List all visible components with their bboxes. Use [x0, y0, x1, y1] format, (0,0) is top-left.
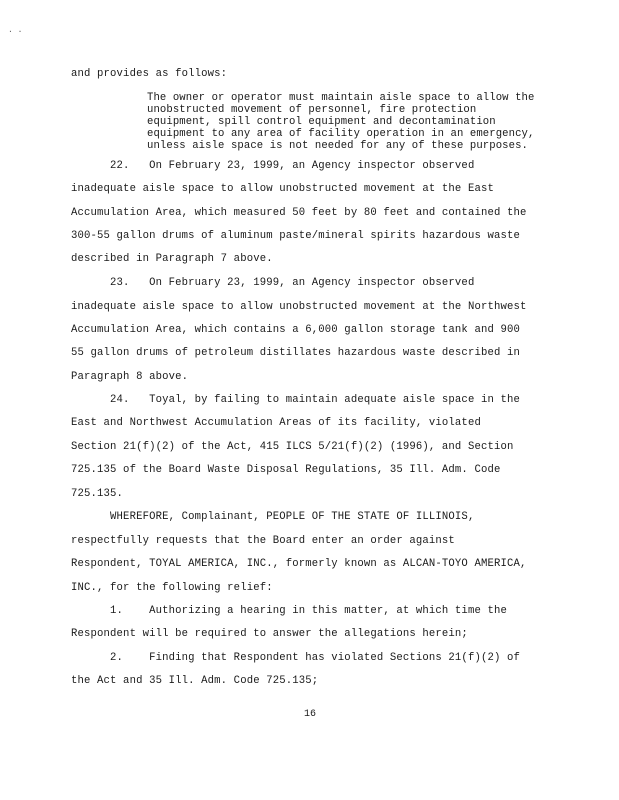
relief-item-1-line: Respondent will be required to answer th…: [71, 628, 468, 640]
paragraph-24-line: 24. Toyal, by failing to maintain adequa…: [71, 394, 520, 406]
paragraph-24-line: 725.135 of the Board Waste Disposal Regu…: [71, 464, 500, 476]
paragraph-23-line: 23. On February 23, 1999, an Agency insp…: [71, 277, 474, 289]
block-quote-line: unobstructed movement of personnel, fire…: [147, 104, 476, 117]
paragraph-23-line: Accumulation Area, which contains a 6,00…: [71, 324, 520, 336]
paragraph-22-line: 22. On February 23, 1999, an Agency insp…: [71, 160, 474, 172]
paragraph-24-line: 725.135.: [71, 488, 123, 500]
intro-line: and provides as follows:: [71, 68, 227, 80]
relief-item-2-line: the Act and 35 Ill. Adm. Code 725.135;: [71, 675, 318, 687]
scan-marks: . .: [8, 26, 22, 35]
paragraph-24-line: Section 21(f)(2) of the Act, 415 ILCS 5/…: [71, 441, 514, 453]
wherefore-line: WHEREFORE, Complainant, PEOPLE OF THE ST…: [71, 511, 474, 523]
document-page: . . and provides as follows: The owner o…: [0, 0, 619, 800]
paragraph-22-line: 300-55 gallon drums of aluminum paste/mi…: [71, 230, 520, 242]
block-quote-line: equipment to any area of facility operat…: [147, 128, 534, 141]
paragraph-24-line: East and Northwest Accumulation Areas of…: [71, 417, 481, 429]
block-quote-line: equipment, spill control equipment and d…: [147, 116, 496, 129]
block-quote-line: The owner or operator must maintain aisl…: [147, 92, 534, 105]
paragraph-22-line: inadequate aisle space to allow unobstru…: [71, 183, 494, 195]
page-number: 16: [304, 709, 316, 720]
wherefore-line: respectfully requests that the Board ent…: [71, 535, 455, 547]
relief-item-2-line: 2. Finding that Respondent has violated …: [71, 652, 520, 664]
paragraph-22-line: Accumulation Area, which measured 50 fee…: [71, 207, 527, 219]
wherefore-line: INC., for the following relief:: [71, 582, 273, 594]
paragraph-23-line: 55 gallon drums of petroleum distillates…: [71, 347, 520, 359]
paragraph-23-line: inadequate aisle space to allow unobstru…: [71, 301, 527, 313]
relief-item-1-line: 1. Authorizing a hearing in this matter,…: [71, 605, 507, 617]
block-quote-line: unless aisle space is not needed for any…: [147, 140, 528, 153]
wherefore-line: Respondent, TOYAL AMERICA, INC., formerl…: [71, 558, 527, 570]
paragraph-23-line: Paragraph 8 above.: [71, 371, 188, 383]
paragraph-22-line: described in Paragraph 7 above.: [71, 253, 273, 265]
